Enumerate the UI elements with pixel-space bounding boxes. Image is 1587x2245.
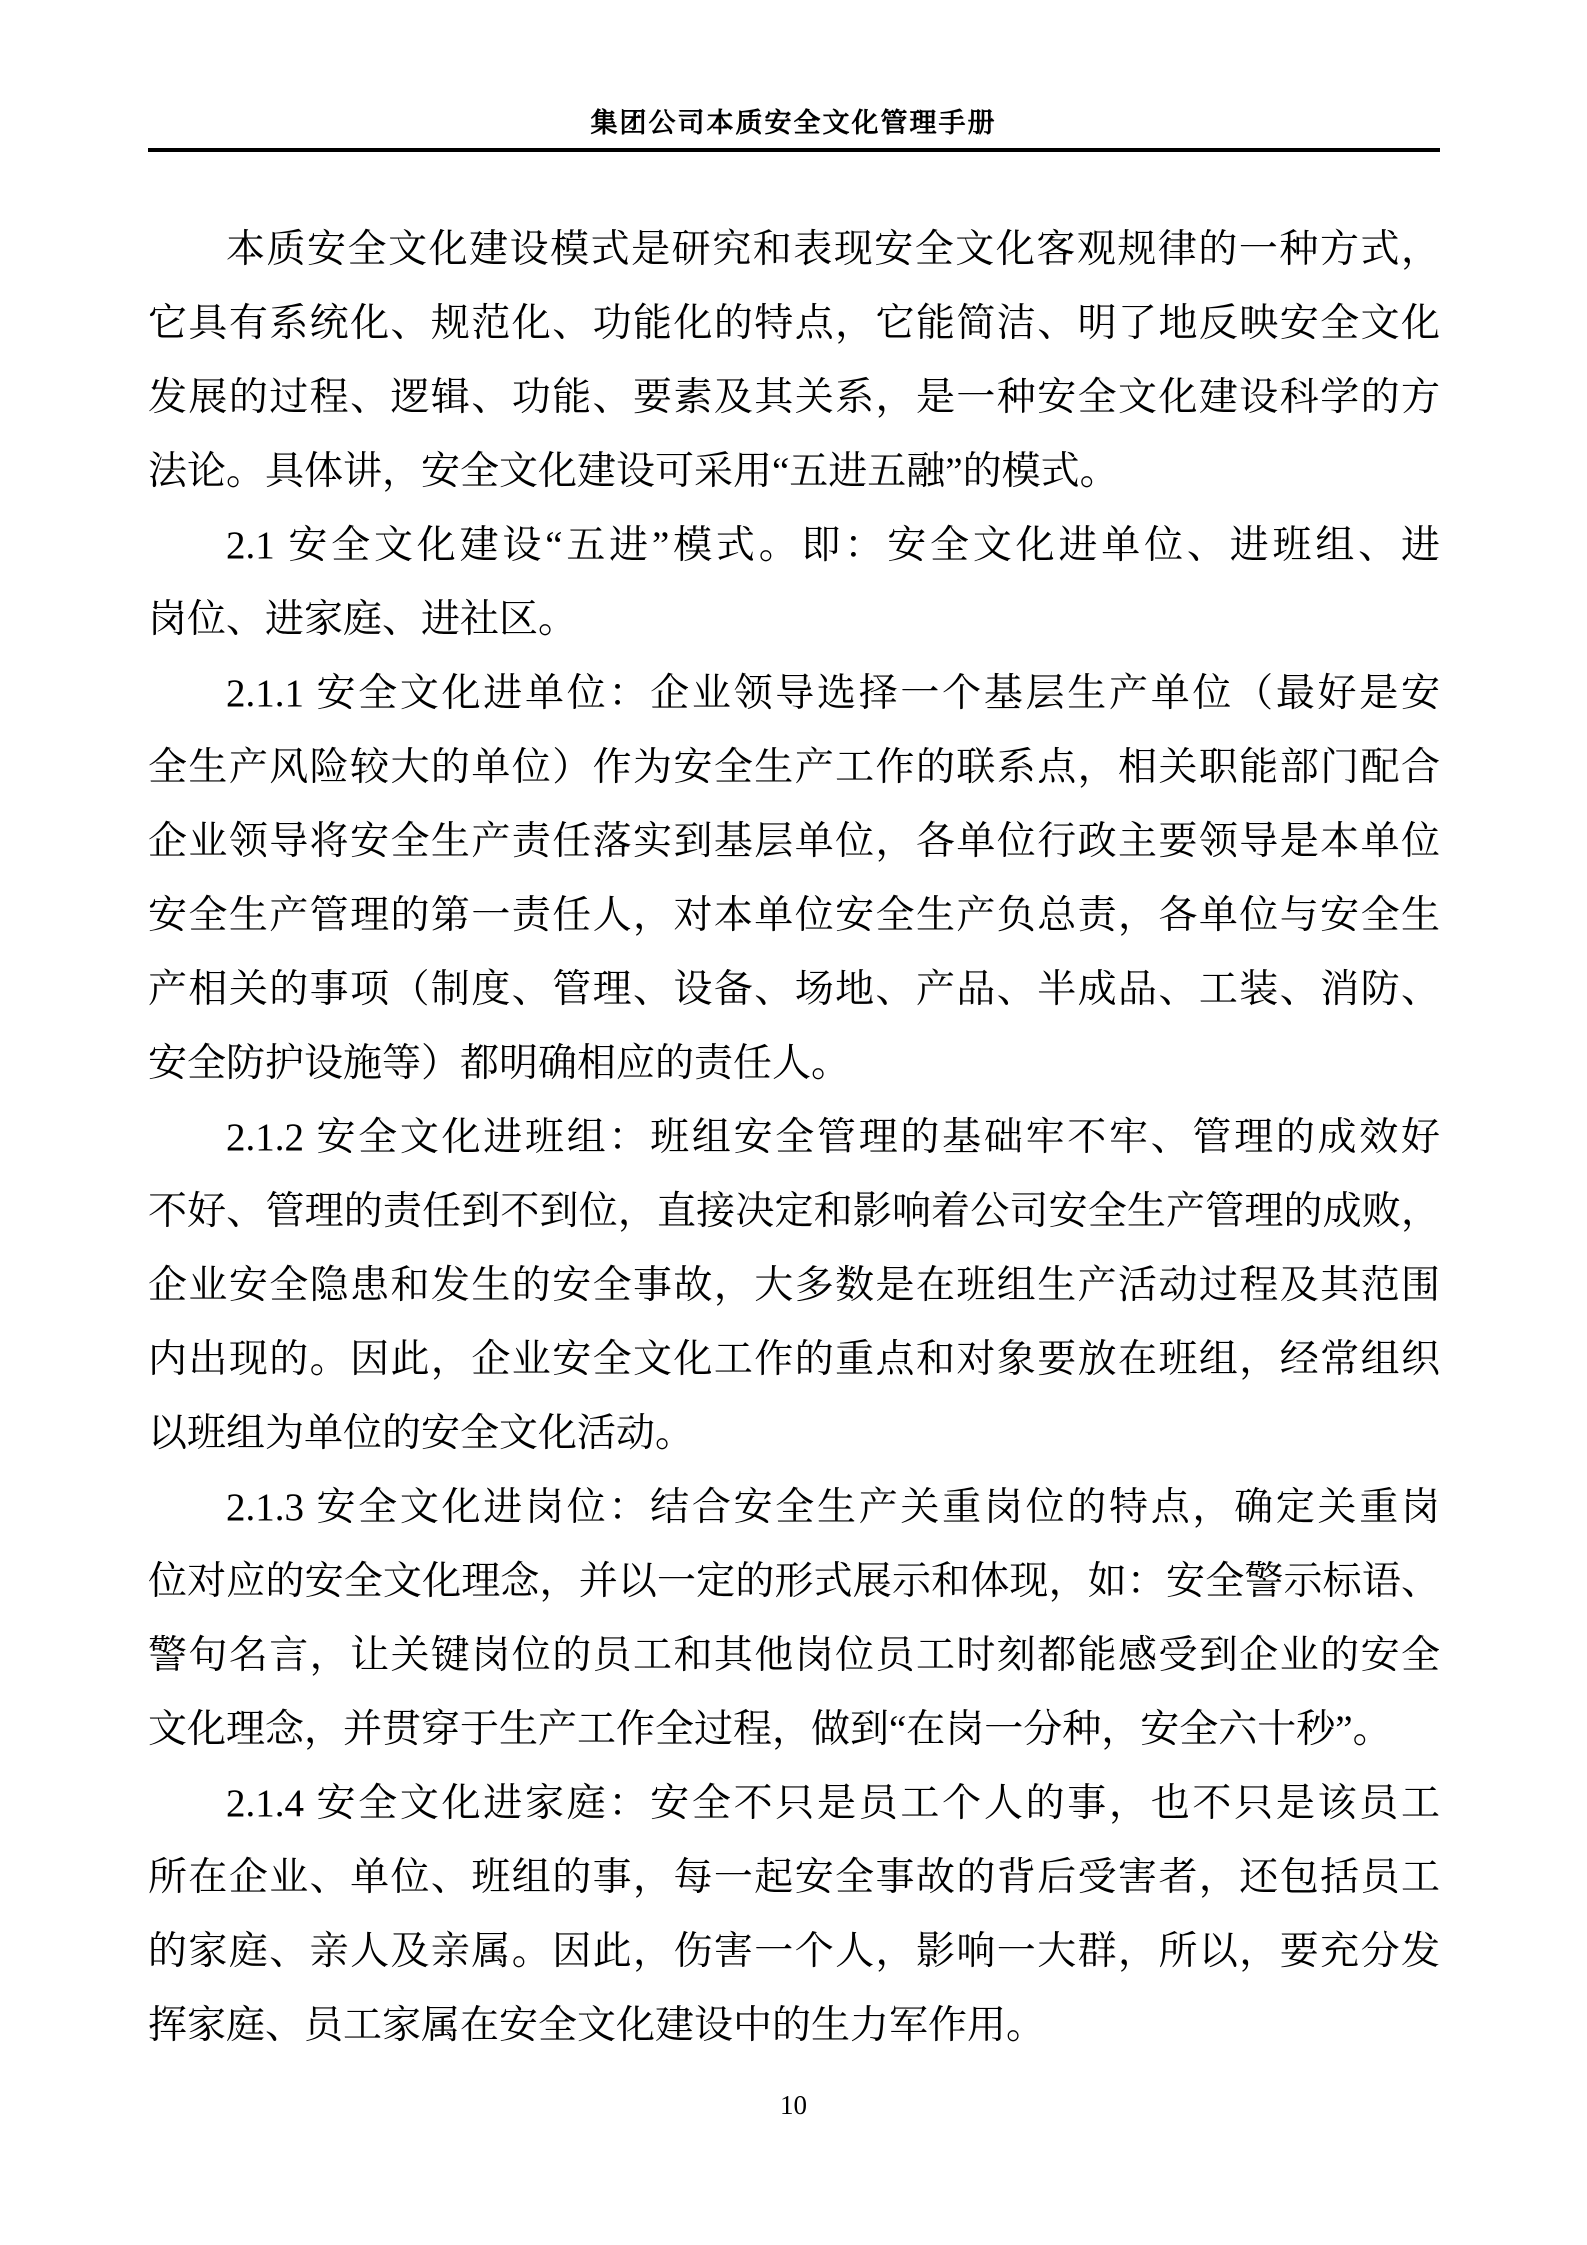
page-number: 10	[780, 2090, 807, 2120]
body-line: 法论。具体讲，安全文化建设可采用“五进五融”的模式。	[148, 435, 1440, 509]
header-rule	[148, 148, 1440, 152]
body-line: 内出现的。因此，企业安全文化工作的重点和对象要放在班组，经常组织	[148, 1323, 1440, 1397]
body-line: 2.1.3 安全文化进岗位：结合安全生产关重岗位的特点，确定关重岗	[148, 1471, 1440, 1545]
body-line: 文化理念，并贯穿于生产工作全过程，做到“在岗一分种，安全六十秒”。	[148, 1693, 1440, 1767]
body-line: 的家庭、亲人及亲属。因此，伤害一个人，影响一大群，所以，要充分发	[148, 1915, 1440, 1989]
page-header: 集团公司本质安全文化管理手册	[0, 0, 1587, 142]
body-line: 企业安全隐患和发生的安全事故，大多数是在班组生产活动过程及其范围	[148, 1249, 1440, 1323]
body-line: 发展的过程、逻辑、功能、要素及其关系，是一种安全文化建设科学的方	[148, 361, 1440, 435]
body-line: 全生产风险较大的单位）作为安全生产工作的联系点，相关职能部门配合	[148, 731, 1440, 805]
document-body: 本质安全文化建设模式是研究和表现安全文化客观规律的一种方式，它具有系统化、规范化…	[148, 213, 1440, 2063]
body-line: 警句名言，让关键岗位的员工和其他岗位员工时刻都能感受到企业的安全	[148, 1619, 1440, 1693]
body-line: 企业领导将安全生产责任落实到基层单位，各单位行政主要领导是本单位	[148, 805, 1440, 879]
body-line: 挥家庭、员工家属在安全文化建设中的生力军作用。	[148, 1989, 1440, 2063]
body-line: 产相关的事项（制度、管理、设备、场地、产品、半成品、工装、消防、	[148, 953, 1440, 1027]
body-line: 所在企业、单位、班组的事，每一起安全事故的背后受害者，还包括员工	[148, 1841, 1440, 1915]
body-line: 以班组为单位的安全文化活动。	[148, 1397, 1440, 1471]
header-title: 集团公司本质安全文化管理手册	[0, 104, 1587, 142]
body-line: 2.1.1 安全文化进单位：企业领导选择一个基层生产单位（最好是安	[148, 657, 1440, 731]
body-line: 2.1.2 安全文化进班组：班组安全管理的基础牢不牢、管理的成效好	[148, 1101, 1440, 1175]
body-line: 2.1.4 安全文化进家庭：安全不只是员工个人的事，也不只是该员工	[148, 1767, 1440, 1841]
body-line: 岗位、进家庭、进社区。	[148, 583, 1440, 657]
body-line: 安全生产管理的第一责任人，对本单位安全生产负总责，各单位与安全生	[148, 879, 1440, 953]
body-line: 不好、管理的责任到不到位，直接决定和影响着公司安全生产管理的成败，	[148, 1175, 1440, 1249]
document-page: 集团公司本质安全文化管理手册 本质安全文化建设模式是研究和表现安全文化客观规律的…	[0, 0, 1587, 2245]
body-line: 安全防护设施等）都明确相应的责任人。	[148, 1027, 1440, 1101]
body-line: 2.1 安全文化建设“五进”模式。即：安全文化进单位、进班组、进	[148, 509, 1440, 583]
page-footer: 10	[0, 2088, 1587, 2122]
body-line: 它具有系统化、规范化、功能化的特点，它能简洁、明了地反映安全文化	[148, 287, 1440, 361]
body-line: 位对应的安全文化理念，并以一定的形式展示和体现，如：安全警示标语、	[148, 1545, 1440, 1619]
body-line: 本质安全文化建设模式是研究和表现安全文化客观规律的一种方式，	[148, 213, 1440, 287]
